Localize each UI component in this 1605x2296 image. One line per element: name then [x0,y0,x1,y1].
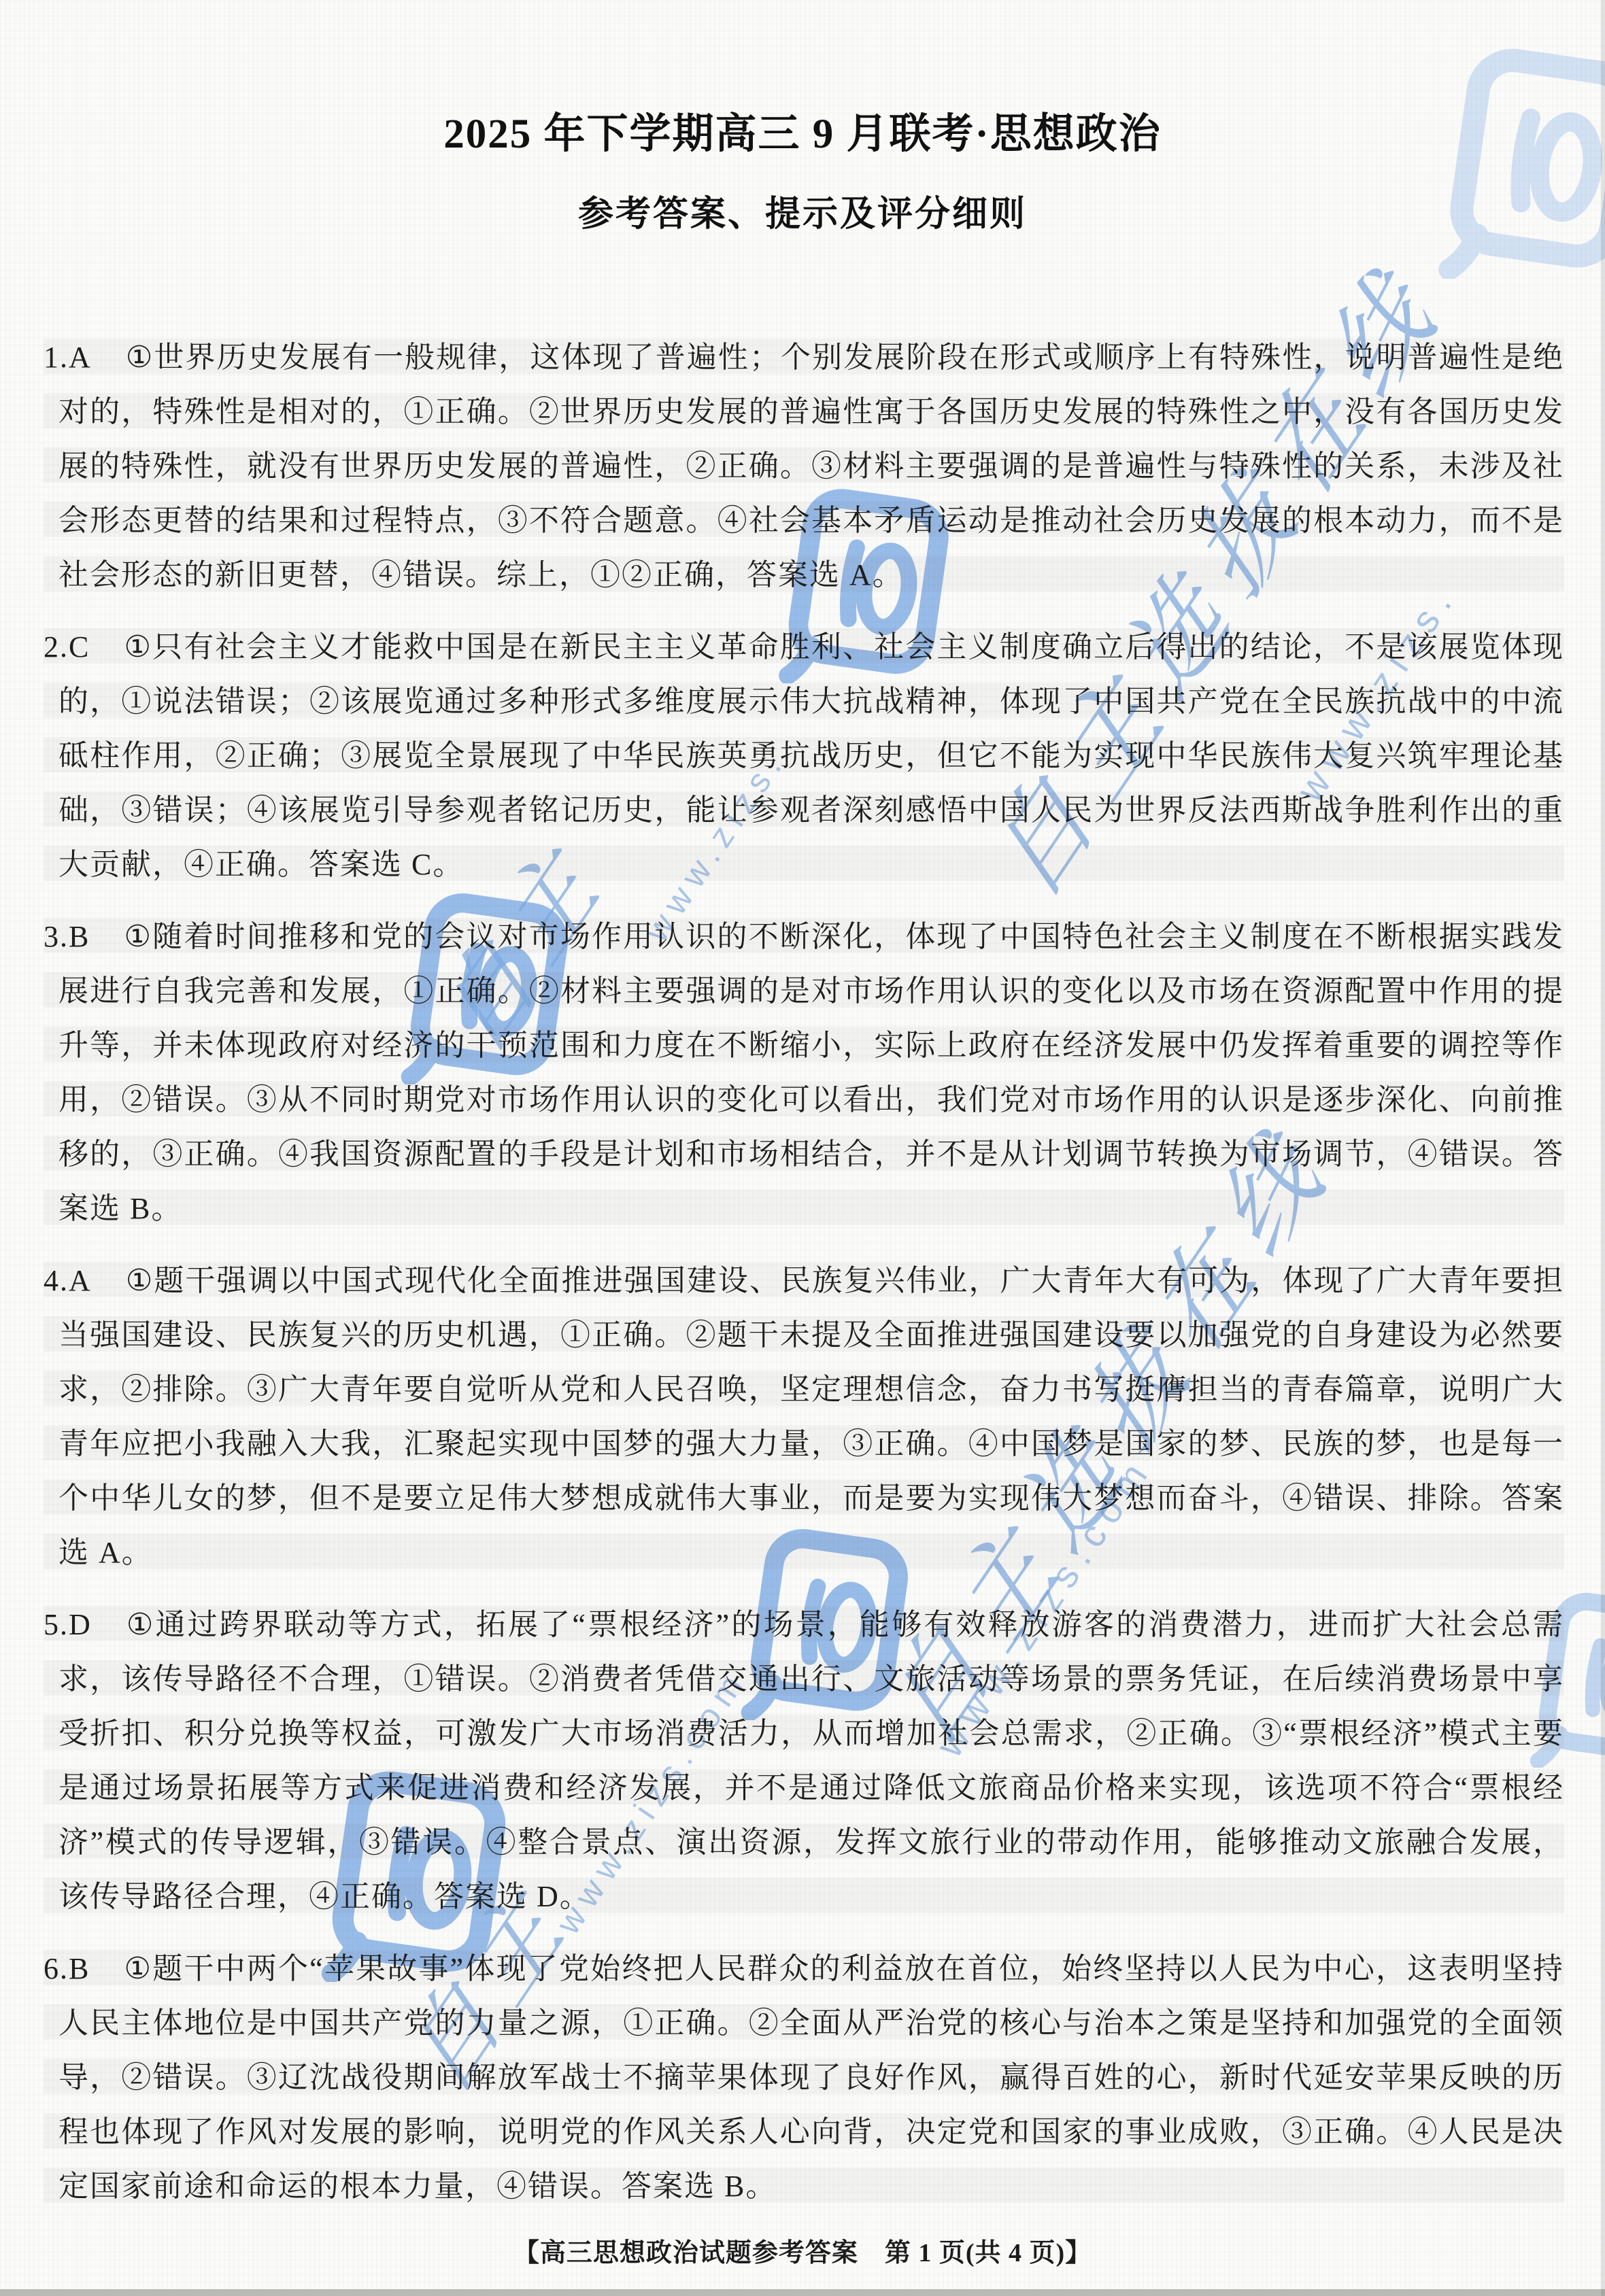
page-title: 2025 年下学期高三 9 月联考·思想政治 [0,101,1605,160]
page-subtitle: 参考答案、提示及评分细则 [0,185,1605,236]
answer-text: ①题干强调以中国式现代化全面推进强国建设、民族复兴伟业，广大青年大有可为，体现了… [58,1264,1564,1569]
answer-paragraph: 6.B①题干中两个“苹果故事”体现了党始终把人民群众的利益放在首位，始终坚持以人… [44,1942,1564,2214]
answer-number: 2.C [44,630,90,664]
answer-paragraph: 1.A①世界历史发展有一般规律，这体现了普遍性；个别发展阶段在形式或顺序上有特殊… [44,330,1564,602]
answer-text: ①题干中两个“苹果故事”体现了党始终把人民群众的利益放在首位，始终坚持以人民为中… [58,1952,1564,2203]
page-footer: 【高三思想政治试题参考答案 第 1 页(共 4 页)】 [0,2231,1605,2269]
answer-number: 5.D [44,1608,92,1641]
answer-text: ①只有社会主义才能救中国是在新民主主义革命胜利、社会主义制度确立后得出的结论，不… [58,630,1564,881]
answer-paragraph: 3.B①随着时间推移和党的会议对市场作用认识的不断深化，体现了中国特色社会主义制… [44,910,1564,1236]
answer-number: 4.A [44,1264,92,1297]
answer-text: ①通过跨界联动等方式，拓展了“票根经济”的场景，能够有效释放游客的消费潜力，进而… [58,1608,1564,1913]
page-edge-shadow [1601,0,1605,2296]
answer-paragraph: 5.D①通过跨界联动等方式，拓展了“票根经济”的场景，能够有效释放游客的消费潜力… [44,1598,1564,1924]
answer-number: 1.A [44,341,92,374]
answer-number: 3.B [44,920,90,953]
page-edge-shadow [0,2289,1605,2296]
answer-text: ①随着时间推移和党的会议对市场作用认识的不断深化，体现了中国特色社会主义制度在不… [58,920,1564,1225]
answer-list: 1.A①世界历史发展有一般规律，这体现了普遍性；个别发展阶段在形式或顺序上有特殊… [44,330,1564,2231]
answer-paragraph: 2.C①只有社会主义才能救中国是在新民主主义革命胜利、社会主义制度确立后得出的结… [44,620,1564,892]
answer-text: ①世界历史发展有一般规律，这体现了普遍性；个别发展阶段在形式或顺序上有特殊性，说… [58,341,1564,592]
answer-paragraph: 4.A①题干强调以中国式现代化全面推进强国建设、民族复兴伟业，广大青年大有可为，… [44,1254,1564,1580]
answer-number: 6.B [44,1952,90,1985]
